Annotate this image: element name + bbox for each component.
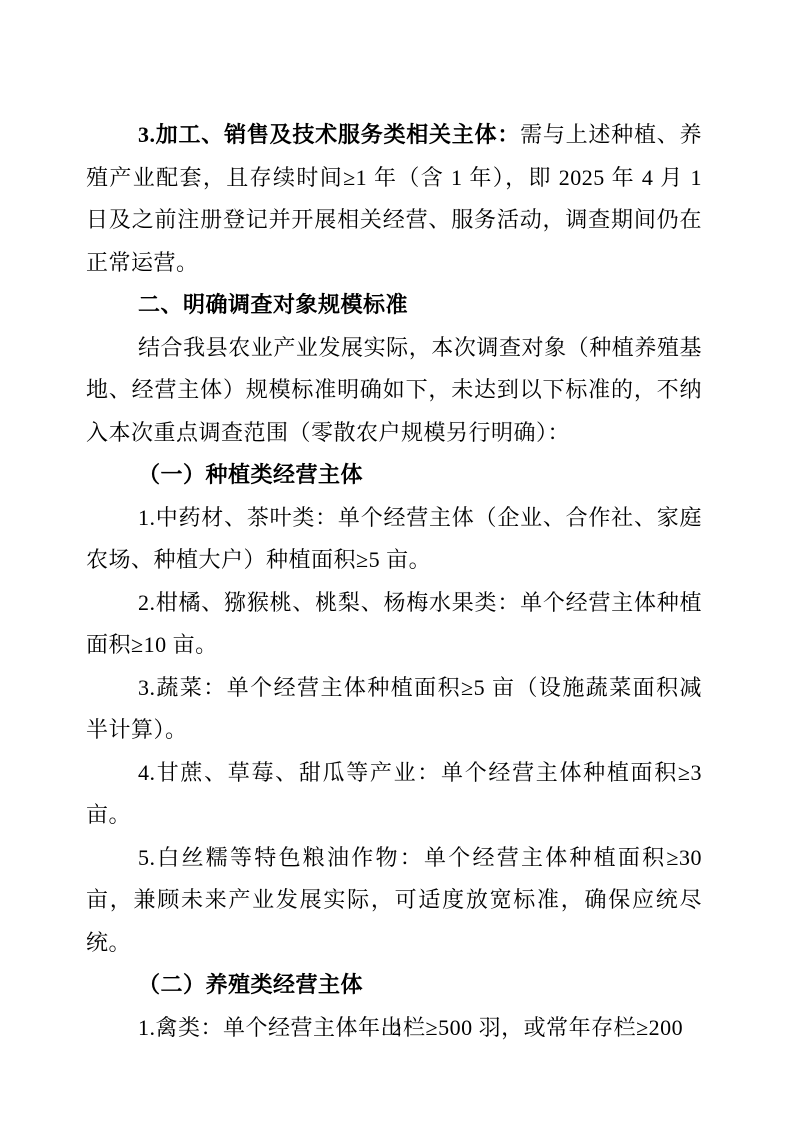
paragraph-lead-bold: 3.加工、销售及技术服务类相关主体： [138,122,520,147]
planting-item-vegetables: 3.蔬菜：单个经营主体种植面积≥5 亩（设施蔬菜面积减半计算）。 [86,667,702,752]
subheading-planting-entities: （一）种植类经营主体 [86,454,702,497]
page-footer: 2 [0,1016,793,1044]
section-heading-survey-scale-standards: 二、明确调查对象规模标准 [86,284,702,327]
paragraph-survey-scope-intro: 结合我县农业产业发展实际，本次调查对象（种植养殖基地、经营主体）规模标准明确如下… [86,327,702,455]
planting-item-herbs-tea: 1.中药材、茶叶类：单个经营主体（企业、合作社、家庭农场、种植大户）种植面积≥5… [86,497,702,582]
page-number: 2 [392,1019,402,1040]
planting-item-sugarcane-strawberry-melon: 4.甘蔗、草莓、甜瓜等产业：单个经营主体种植面积≥3 亩。 [86,752,702,837]
document-page: 3.加工、销售及技术服务类相关主体：需与上述种植、养殖产业配套，且存续时间≥1 … [0,0,793,1122]
planting-item-grain-oil-crops: 5.白丝糯等特色粮油作物：单个经营主体种植面积≥30 亩，兼顾未来产业发展实际，… [86,837,702,965]
subheading-breeding-entities: （二）养殖类经营主体 [86,964,702,1007]
planting-item-fruits: 2.柑橘、猕猴桃、桃梨、杨梅水果类：单个经营主体种植面积≥10 亩。 [86,582,702,667]
paragraph-processing-sales-service: 3.加工、销售及技术服务类相关主体：需与上述种植、养殖产业配套，且存续时间≥1 … [86,114,702,284]
document-body: 3.加工、销售及技术服务类相关主体：需与上述种植、养殖产业配套，且存续时间≥1 … [86,114,702,1049]
